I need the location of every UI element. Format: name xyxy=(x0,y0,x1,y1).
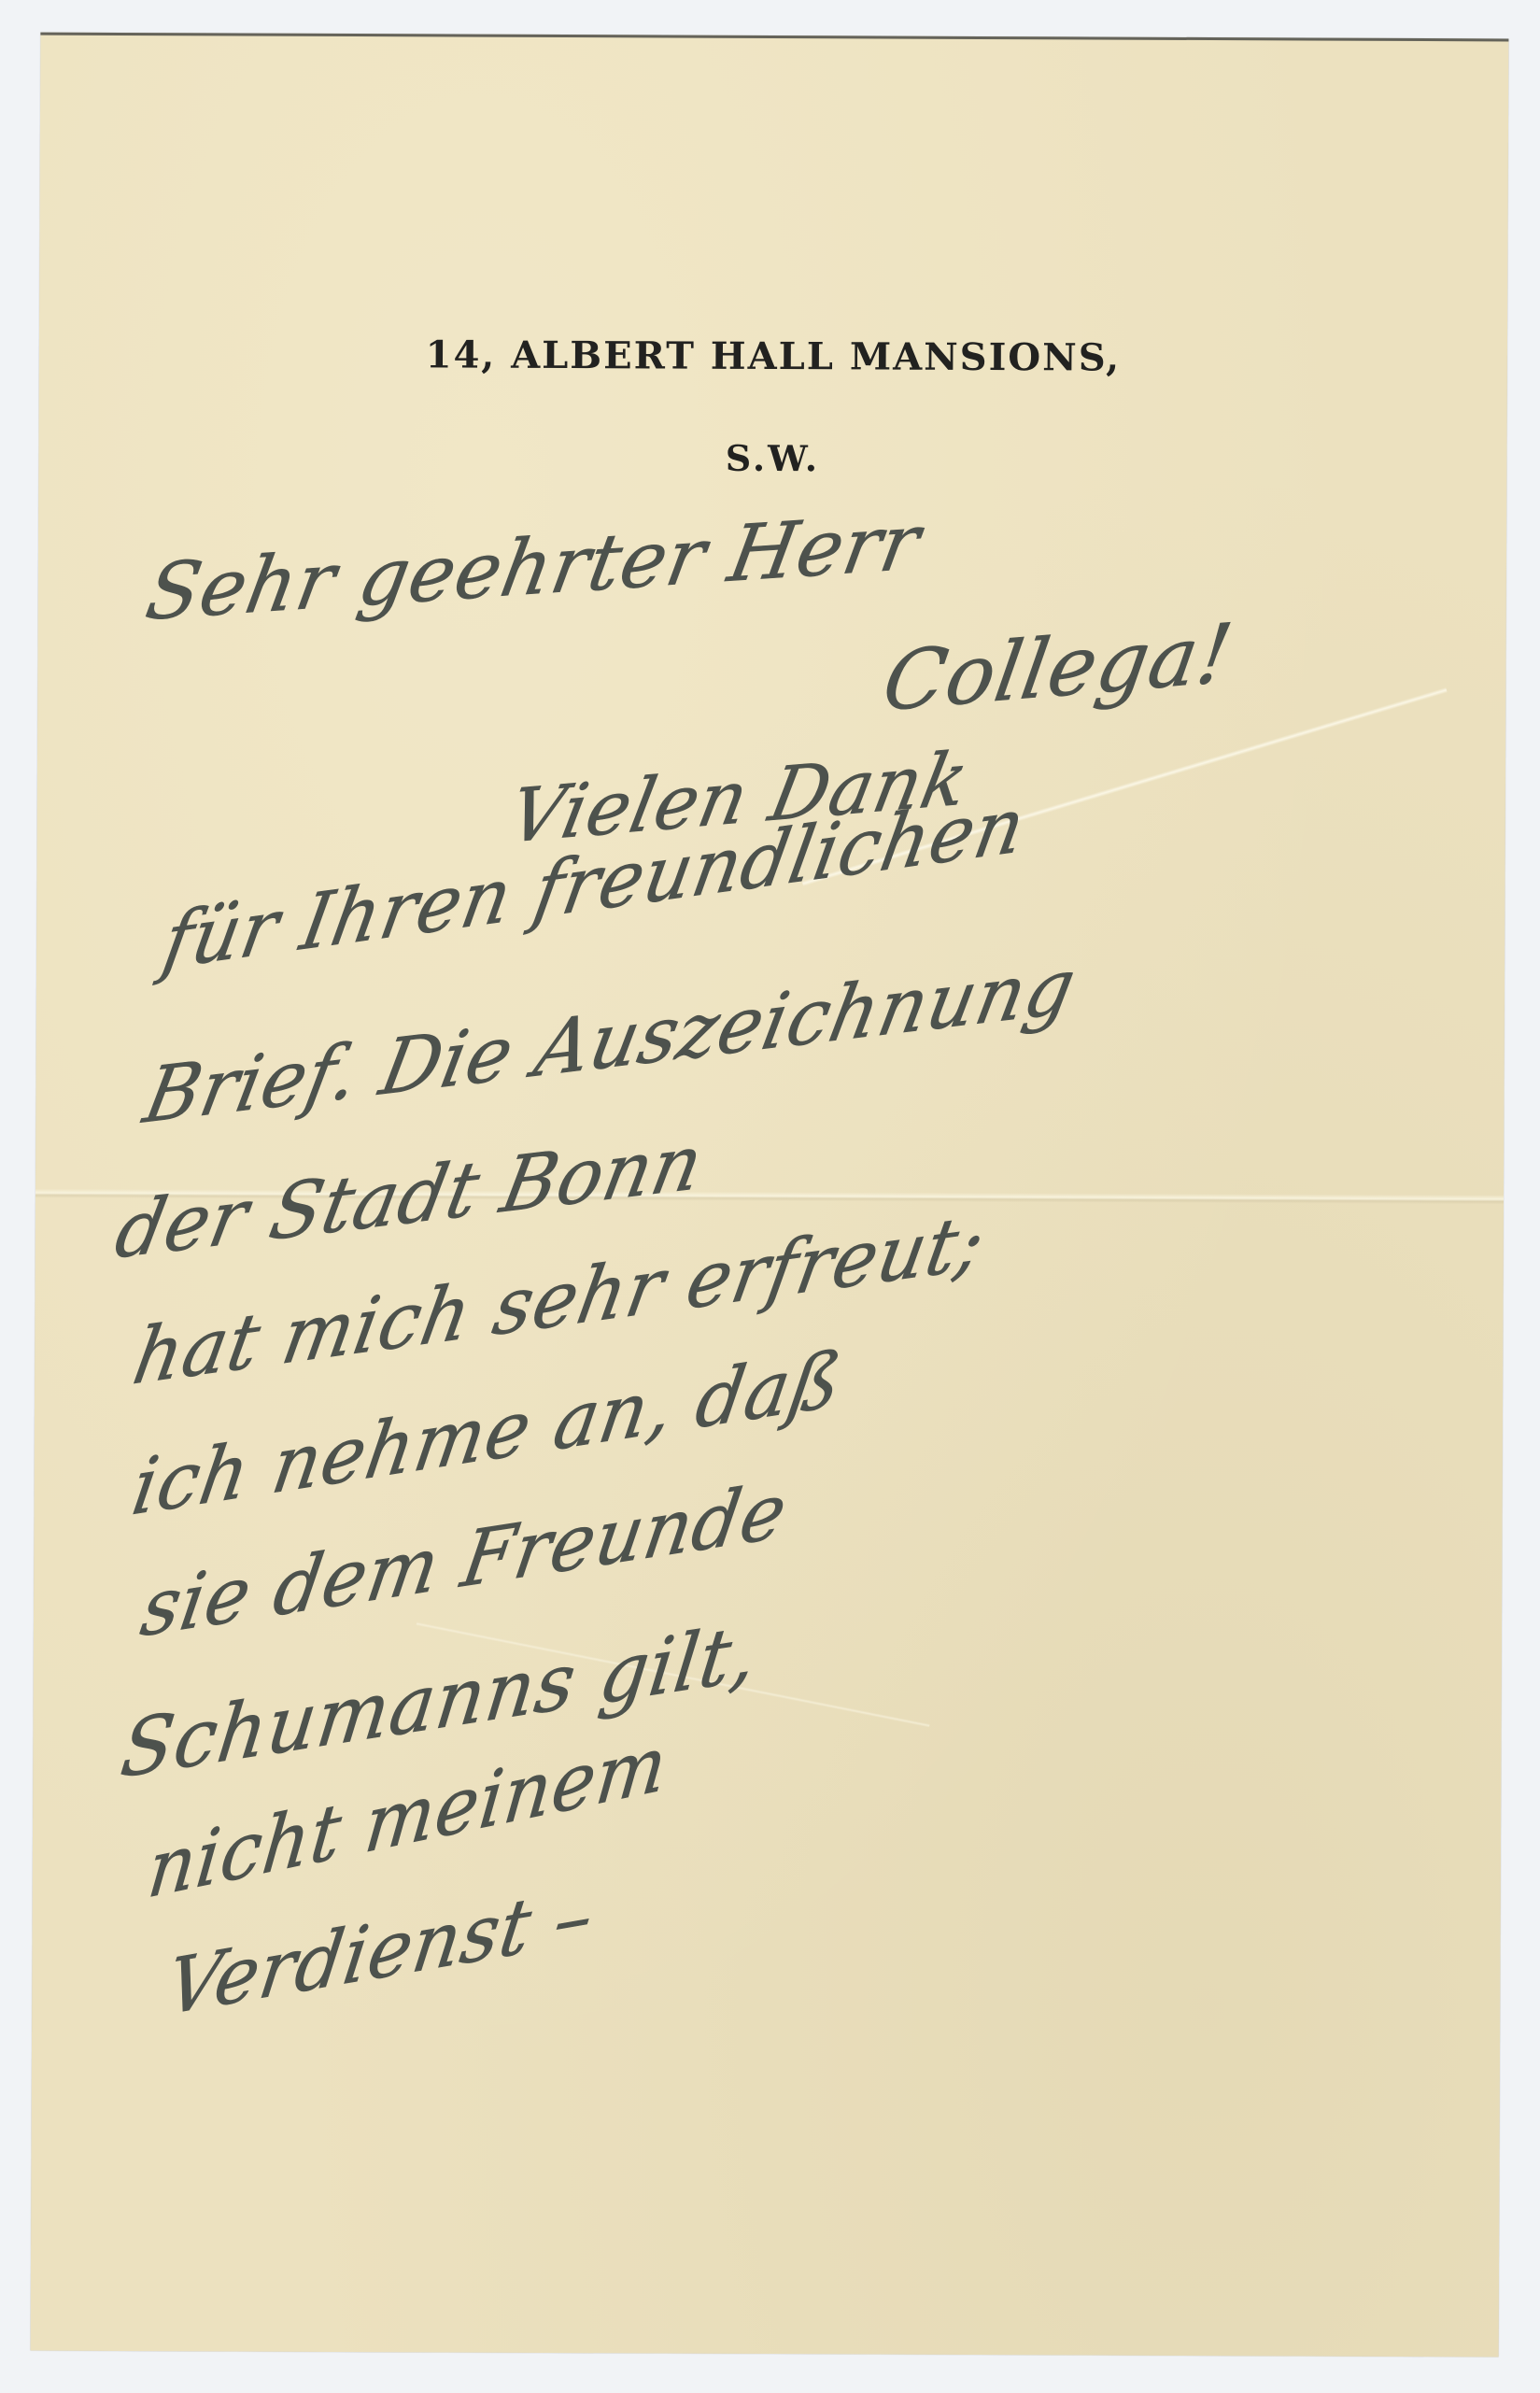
letter-paper: 14, ALBERT HALL MANSIONS, S.W. Sehr geeh… xyxy=(31,33,1509,2358)
salutation-line-2: Collega! xyxy=(878,613,1237,723)
letterhead-district: S.W. xyxy=(38,434,1506,483)
letter-line-10: Verdienst – xyxy=(162,1876,599,2027)
salutation-line-1: Sehr geehrter Herr xyxy=(141,504,926,632)
paper-edge xyxy=(40,33,1508,42)
letterhead-address: 14, ALBERT HALL MANSIONS, xyxy=(39,332,1507,382)
letter-line-3: Brief. Die Auszeichnung xyxy=(138,948,1081,1135)
